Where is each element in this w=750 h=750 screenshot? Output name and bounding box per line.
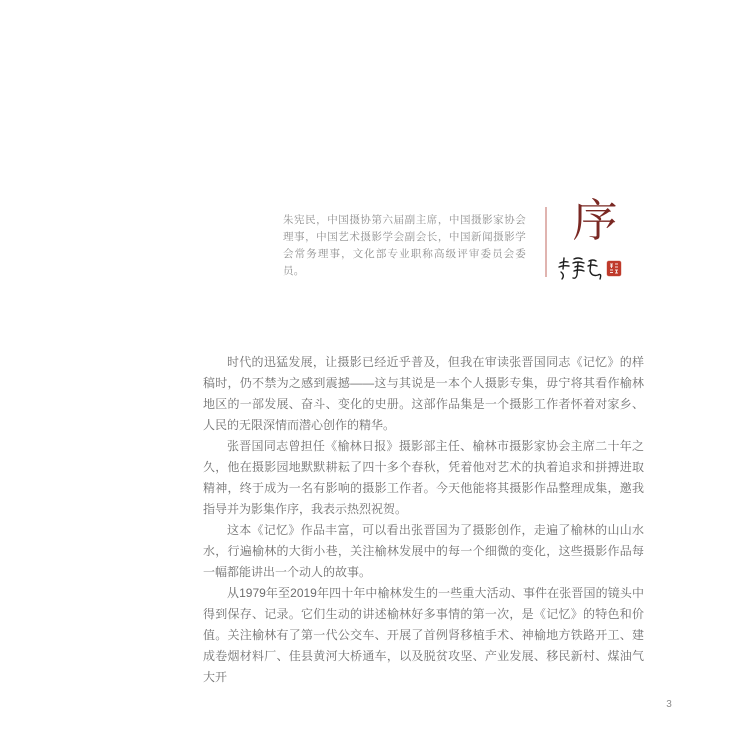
author-bio: 朱宪民，中国摄协第六届副主席，中国摄影家协会理事，中国艺术摄影学会副会长，中国新… [283,212,526,280]
page-number: 3 [659,699,679,710]
body-paragraph: 张晋国同志曾担任《榆林日报》摄影部主任、榆林市摄影家协会主席二十年之久，他在摄影… [203,436,644,520]
body-paragraph: 从1979年至2019年四十年中榆林发生的一些重大活动、事件在张晋国的镜头中得到… [203,583,644,688]
book-page: 朱宪民，中国摄协第六届副主席，中国摄影家协会理事，中国艺术摄影学会副会长，中国新… [0,0,750,750]
body-paragraph: 这本《记忆》作品丰富，可以看出张晋国为了摄影创作，走遍了榆林的山山水水，行遍榆林… [203,520,644,583]
signature-calligraphy-icon [556,255,606,283]
seal-stamp-icon [607,261,621,276]
vertical-divider [545,207,547,277]
body-paragraph: 时代的迅猛发展，让摄影已经近乎普及，但我在审读张晋国同志《记忆》的样稿时，仍不禁… [203,352,644,436]
preface-body: 时代的迅猛发展，让摄影已经近乎普及，但我在审读张晋国同志《记忆》的样稿时，仍不禁… [203,352,644,688]
page-title: 序 [569,197,621,247]
